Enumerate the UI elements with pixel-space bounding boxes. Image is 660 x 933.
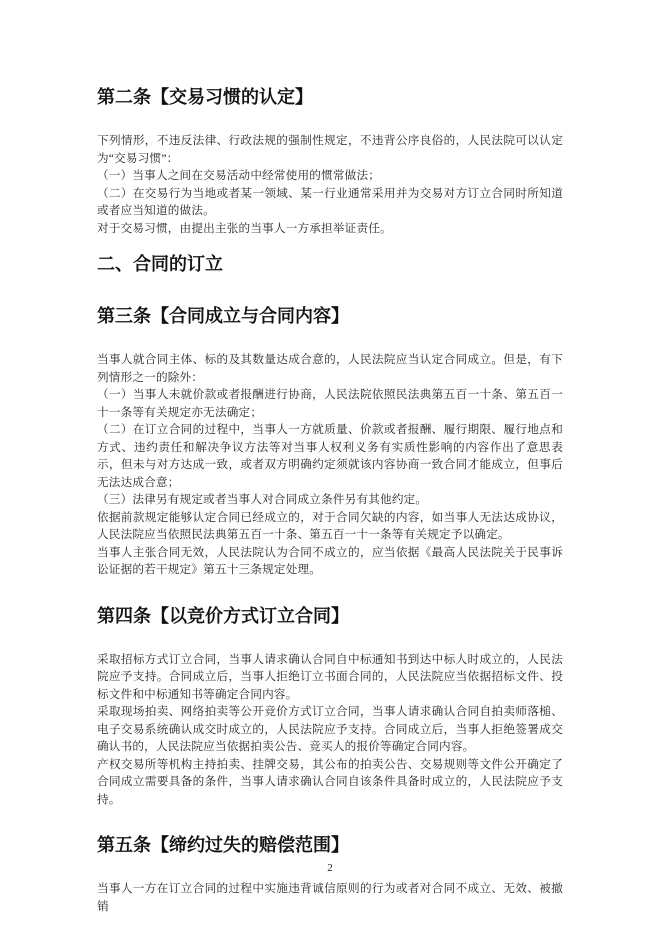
article-heading: 第五条【缔约过失的赔偿范围】: [97, 834, 563, 856]
body-paragraph: 对于交易习惯，由提出主张的当事人一方承担举证责任。: [97, 220, 563, 238]
body-paragraph: （三）法律另有规定或者当事人对合同成立条件另有其他约定。: [97, 491, 563, 509]
body-paragraph: （一）当事人之间在交易活动中经常使用的惯常做法；: [97, 167, 563, 185]
body-paragraph: 采取现场拍卖、网络拍卖等公开竞价方式订立合同，当事人请求确认合同自拍卖师落槌、电…: [97, 703, 563, 756]
body-paragraph: 当事人一方在订立合同的过程中实施违背诚信原则的行为或者对合同不成立、无效、被撤销: [97, 880, 563, 915]
body-paragraph: （一）当事人未就价款或者报酬进行协商，人民法院依照民法典第五百一十条、第五百一十…: [97, 386, 563, 421]
body-paragraph: 产权交易所等机构主持拍卖、挂牌交易，其公布的拍卖公告、交易规则等文件公开确定了合…: [97, 756, 563, 809]
body-paragraph: 依据前款规定能够认定合同已经成立的，对于合同欠缺的内容，如当事人无法达成协议，人…: [97, 509, 563, 544]
document-content: 第二条【交易习惯的认定】下列情形，不违反法律、行政法规的强制性规定，不违背公序良…: [97, 0, 563, 915]
body-paragraph: 当事人主张合同无效，人民法院认为合同不成立的，应当依据《最高人民法院关于民事诉讼…: [97, 544, 563, 579]
section-heading: 二、合同的订立: [97, 253, 563, 275]
body-paragraph: （二）在订立合同的过程中，当事人一方就质量、价款或者报酬、履行期限、履行地点和方…: [97, 421, 563, 491]
document-page: 第二条【交易习惯的认定】下列情形，不违反法律、行政法规的强制性规定，不违背公序良…: [0, 0, 660, 933]
article-heading: 第四条【以竞价方式订立合同】: [97, 605, 563, 627]
body-paragraph: 采取招标方式订立合同，当事人请求确认合同自中标通知书到达中标人时成立的，人民法院…: [97, 651, 563, 704]
page-number: 2: [0, 862, 660, 874]
body-paragraph: 当事人就合同主体、标的及其数量达成合意的，人民法院应当认定合同成立。但是，有下列…: [97, 351, 563, 386]
article-heading: 第三条【合同成立与合同内容】: [97, 305, 563, 327]
body-paragraph: （二）在交易行为当地或者某一领域、某一行业通常采用并为交易对方订立合同时所知道或…: [97, 185, 563, 220]
body-paragraph: 下列情形，不违反法律、行政法规的强制性规定，不违背公序良俗的，人民法院可以认定为…: [97, 132, 563, 167]
article-heading: 第二条【交易习惯的认定】: [97, 86, 563, 108]
